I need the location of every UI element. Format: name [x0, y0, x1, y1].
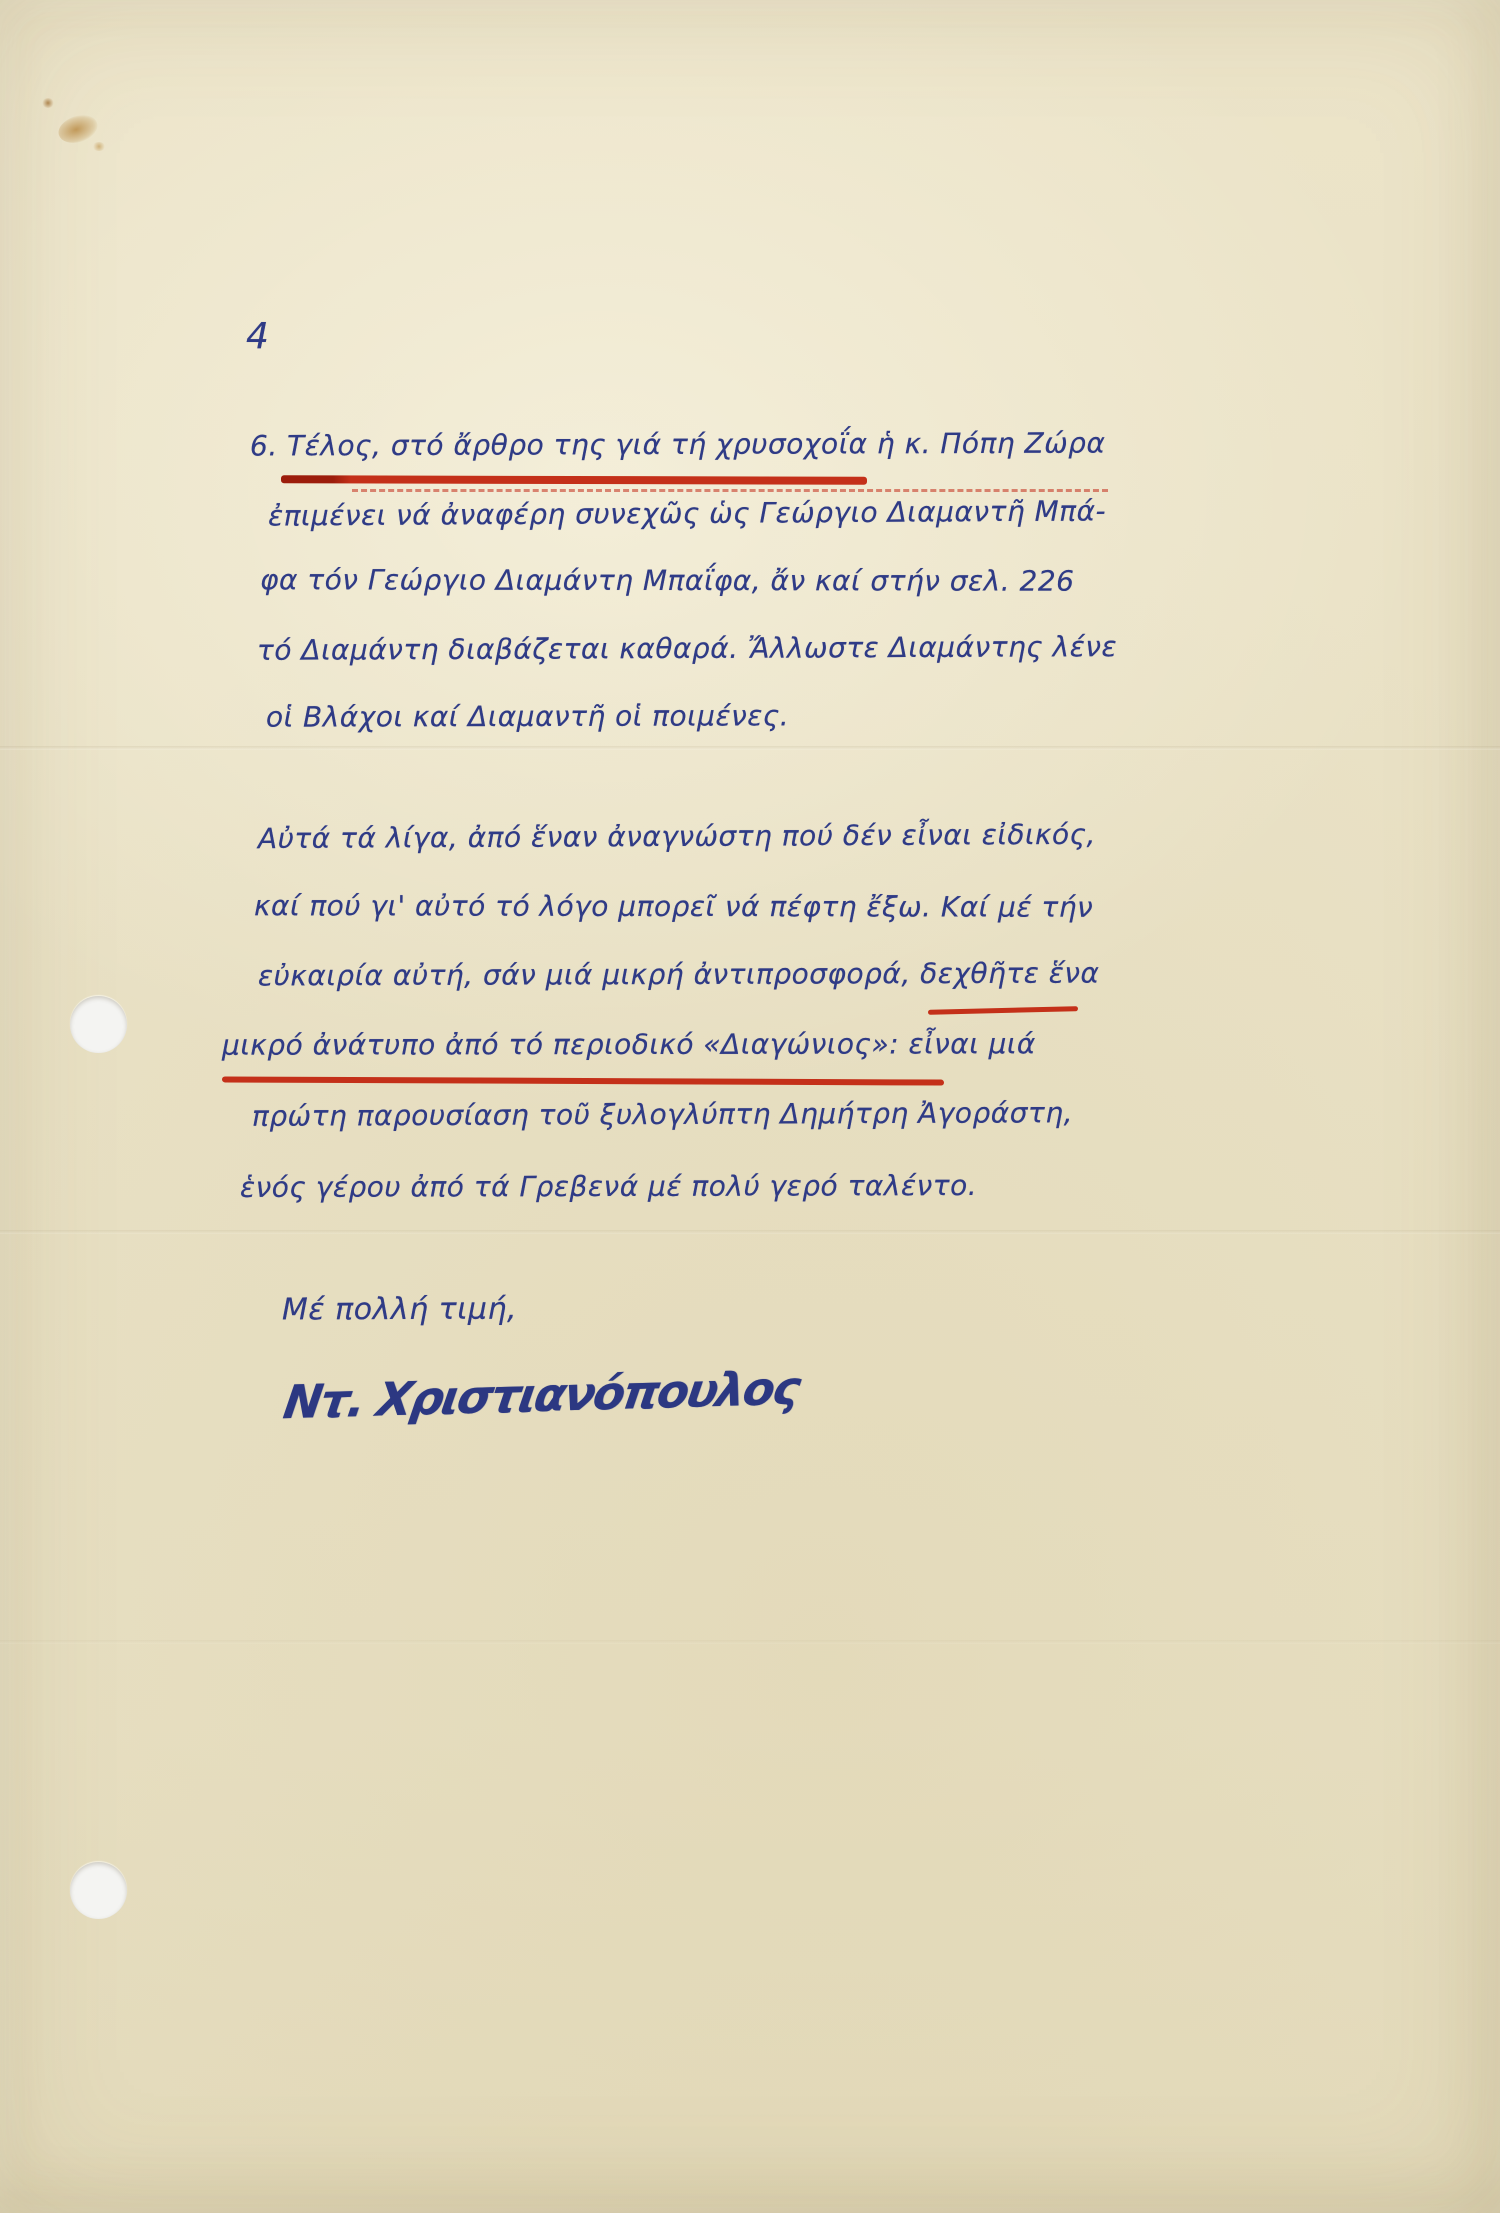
page-number: 4 [246, 316, 269, 357]
handwritten-line: 6. Τέλος, στό ἄρθρο της γιά τή χρυσοχοΐα… [250, 427, 1106, 463]
handwritten-line: ἐπιμένει νά ἀναφέρη συνεχῶς ὡς Γεώργιο Δ… [268, 494, 1106, 532]
fold-crease [0, 746, 1500, 750]
closing-line: Μέ πολλή τιμή, [282, 1292, 517, 1328]
handwritten-line: οἱ Βλάχοι καί Διαμαντῆ οἱ ποιμένες. [266, 699, 789, 733]
handwritten-line: φα τόν Γεώργιο Διαμάντη Μπαΐφα, ἄν καί σ… [260, 563, 1075, 597]
paper-stain [92, 142, 106, 151]
punch-hole-top [70, 996, 127, 1053]
handwritten-line: τό Διαμάντη διαβάζεται καθαρά. Ἄλλωστε Δ… [257, 630, 1117, 667]
handwritten-line: μικρό ἀνάτυπο ἀπό τό περιοδικό «Διαγώνιο… [222, 1027, 1036, 1061]
paper-stain [42, 98, 54, 108]
fold-crease [0, 1230, 1500, 1234]
punch-hole-bottom [70, 1862, 127, 1919]
handwritten-line: πρώτη παρουσίαση τοῦ ξυλογλύπτη Δημήτρη … [252, 1096, 1073, 1133]
red-underline-phrase-1-dashes [352, 489, 1108, 492]
handwritten-line: εὐκαιρία αὐτή, σάν μιά μικρή ἀντιπροσφορ… [258, 957, 1100, 993]
fold-crease [0, 1640, 1500, 1644]
red-underline-phrase-1 [281, 475, 867, 485]
handwritten-line: Αὐτά τά λίγα, ἀπό ἕναν ἀναγνώστη πού δέν… [258, 818, 1096, 855]
handwritten-line: καί πού γι' αὐτό τό λόγο μπορεῖ νά πέφτη… [254, 889, 1093, 923]
handwritten-line: ἑνός γέρου ἀπό τά Γρεβενά μέ πολύ γερό τ… [240, 1169, 977, 1204]
letter-photo: 4 6. Τέλος, στό ἄρθρο της γιά τή χρυσοχο… [0, 0, 1500, 2213]
